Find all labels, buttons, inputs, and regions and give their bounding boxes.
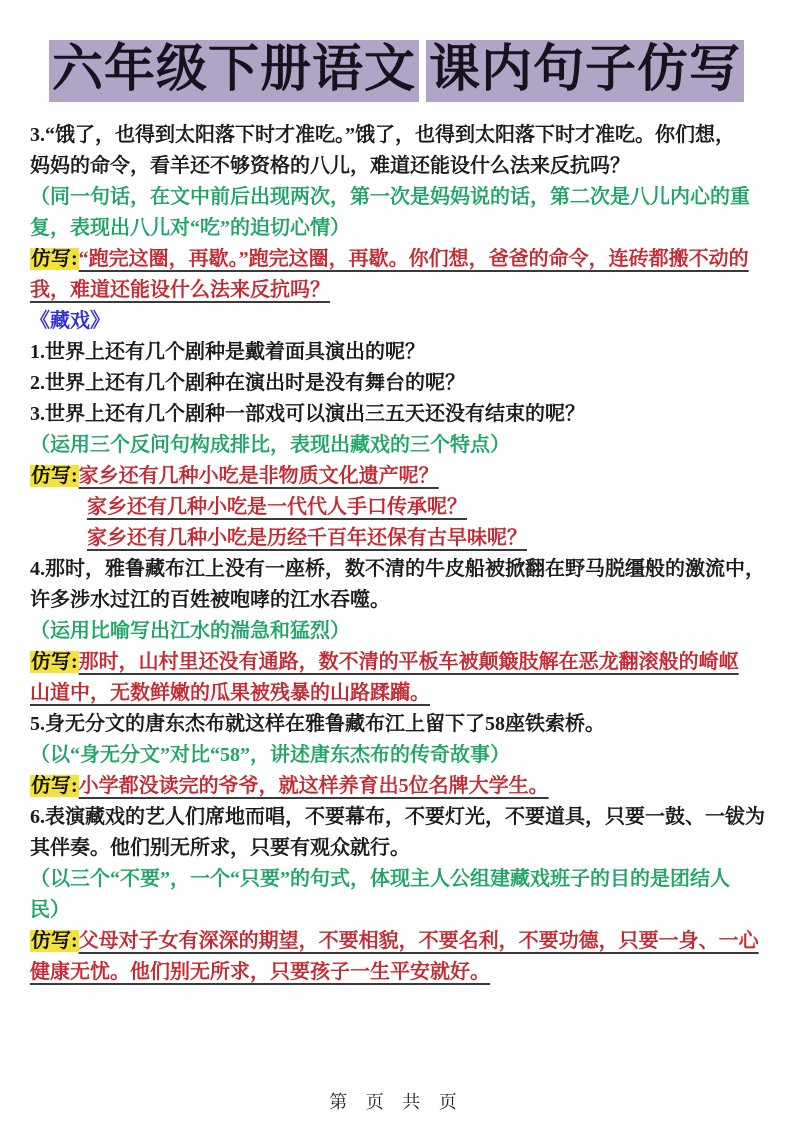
text-run: 家乡还有几种小吃是历经千百年还保有古早味呢？ xyxy=(87,527,527,549)
annotation-note-line: （以“身无分文”对比“58”，讲述唐东杰布的传奇故事） xyxy=(30,740,767,771)
text-run: 1.世界上还有几个剧种是戴着面具演出的呢？ xyxy=(30,341,425,363)
text-run: 那时，山村里还没有通路，数不清的平板车被颠簸肢解在恶龙翻滚般的崎岖 xyxy=(79,651,739,673)
imitation-answer-line: 仿写:家乡还有几种小吃是非物质文化遗产呢？ xyxy=(30,461,767,492)
source-sentence-line: 许多涉水过江的百姓被咆哮的江水吞噬。 xyxy=(30,585,767,616)
text-run: 小学都没读完的爷爷，就这样养育出5位名牌大学生。 xyxy=(79,775,549,797)
source-sentence-line: 1.世界上还有几个剧种是戴着面具演出的呢？ xyxy=(30,337,767,368)
text-run: 民） xyxy=(30,899,70,921)
text-run: （以“身无分文”对比“58”，讲述唐东杰布的传奇故事） xyxy=(30,744,510,766)
annotation-note-line: （运用三个反问句构成排比，表现出藏戏的三个特点） xyxy=(30,430,767,461)
text-run: 4.那时，雅鲁藏布江上没有一座桥，数不清的牛皮船被掀翻在野马脱缰般的激流中， xyxy=(30,558,765,580)
text-run: 健康无忧。他们别无所求，只要孩子一生平安就好。 xyxy=(30,961,490,983)
imitation-label: 仿写: xyxy=(30,248,79,270)
page-title-segment-2: 课内句子仿写 xyxy=(426,40,744,102)
source-sentence-line: 4.那时，雅鲁藏布江上没有一座桥，数不清的牛皮船被掀翻在野马脱缰般的激流中， xyxy=(30,554,767,585)
imitation-answer-line: 仿写:父母对子女有深深的期望，不要相貌，不要名利，不要功德，只要一身、一心 xyxy=(30,926,767,957)
text-run: 妈妈的命令，看羊还不够资格的八儿，难道还能设什么法来反抗吗？ xyxy=(30,155,630,177)
imitation-answer-line: 我，难道还能设什么法来反抗吗？ xyxy=(30,275,767,306)
worksheet-page: 六年级下册语文课内句子仿写 3.“饿了，也得到太阳落下时才准吃。”饿了，也得到太… xyxy=(0,0,793,1122)
text-run: 2.世界上还有几个剧种在演出时是没有舞台的呢？ xyxy=(30,372,465,394)
text-run: 复，表现出八儿对“吃”的迫切心情） xyxy=(30,217,350,239)
annotation-note-line: 复，表现出八儿对“吃”的迫切心情） xyxy=(30,213,767,244)
imitation-answer-line: 家乡还有几种小吃是历经千百年还保有古早味呢？ xyxy=(30,523,767,554)
imitation-label: 仿写: xyxy=(30,465,79,487)
source-sentence-line: 5.身无分文的唐东杰布就这样在雅鲁藏布江上留下了58座铁索桥。 xyxy=(30,709,767,740)
annotation-note-line: （运用比喻写出江水的湍急和猛烈） xyxy=(30,616,767,647)
text-run: 家乡还有几种小吃是一代代人手口传承呢？ xyxy=(87,496,467,518)
imitation-answer-line: 仿写:“跑完这圈，再歇。”跑完这圈，再歇。你们想，爸爸的命令，连砖都搬不动的 xyxy=(30,244,767,275)
text-run: 家乡还有几种小吃是非物质文化遗产呢？ xyxy=(79,465,439,487)
source-sentence-line: 6.表演藏戏的艺人们席地而唱，不要幕布，不要灯光，不要道具，只要一鼓、一钹为 xyxy=(30,802,767,833)
text-run: （运用三个反问句构成排比，表现出藏戏的三个特点） xyxy=(30,434,510,456)
text-run: （以三个“不要”，一个“只要”的句式，体现主人公组建藏戏班子的目的是团结人 xyxy=(30,868,730,890)
text-run: 父母对子女有深深的期望，不要相貌，不要名利，不要功德，只要一身、一心 xyxy=(79,930,759,952)
page-title-segment-1: 六年级下册语文 xyxy=(49,40,419,102)
text-run: 许多涉水过江的百姓被咆哮的江水吞噬。 xyxy=(30,589,390,611)
source-sentence-line: 其伴奏。他们别无所求，只要有观众就行。 xyxy=(30,833,767,864)
imitation-answer-line: 仿写:小学都没读完的爷爷，就这样养育出5位名牌大学生。 xyxy=(30,771,767,802)
annotation-note-line: （以三个“不要”，一个“只要”的句式，体现主人公组建藏戏班子的目的是团结人 xyxy=(30,864,767,895)
text-run: “跑完这圈，再歇。”跑完这圈，再歇。你们想，爸爸的命令，连砖都搬不动的 xyxy=(79,248,749,270)
imitation-answer-line: 家乡还有几种小吃是一代代人手口传承呢？ xyxy=(30,492,767,523)
text-run: 山道中，无数鲜嫩的瓜果被残暴的山路蹂躏。 xyxy=(30,682,430,704)
page-footer: 第 页 共 页 xyxy=(0,1088,793,1114)
text-run: 其伴奏。他们别无所求，只要有观众就行。 xyxy=(30,837,410,859)
imitation-label: 仿写: xyxy=(30,775,79,797)
document-body: 3.“饿了，也得到太阳落下时才准吃。”饿了，也得到太阳落下时才准吃。你们想，妈妈… xyxy=(30,120,767,988)
text-run: 3.世界上还有几个剧种一部戏可以演出三五天还没有结束的呢？ xyxy=(30,403,585,425)
text-run: 6.表演藏戏的艺人们席地而唱，不要幕布，不要灯光，不要道具，只要一鼓、一钹为 xyxy=(30,806,765,828)
imitation-label: 仿写: xyxy=(30,651,79,673)
text-run: 我，难道还能设什么法来反抗吗？ xyxy=(30,279,330,301)
annotation-note-line: （同一句话，在文中前后出现两次，第一次是妈妈说的话，第二次是八儿内心的重 xyxy=(30,182,767,213)
imitation-answer-line: 健康无忧。他们别无所求，只要孩子一生平安就好。 xyxy=(30,957,767,988)
source-sentence-line: 妈妈的命令，看羊还不够资格的八儿，难道还能设什么法来反抗吗？ xyxy=(30,151,767,182)
imitation-answer-line: 仿写:那时，山村里还没有通路，数不清的平板车被颠簸肢解在恶龙翻滚般的崎岖 xyxy=(30,647,767,678)
source-sentence-line: 3.世界上还有几个剧种一部戏可以演出三五天还没有结束的呢？ xyxy=(30,399,767,430)
footer-page-label: 第 页 共 页 xyxy=(329,1092,464,1112)
text-run: 3.“饿了，也得到太阳落下时才准吃。”饿了，也得到太阳落下时才准吃。你们想， xyxy=(30,124,735,146)
page-title: 六年级下册语文课内句子仿写 xyxy=(20,40,773,100)
text-run: （运用比喻写出江水的湍急和猛烈） xyxy=(30,620,350,642)
text-run: 《藏戏》 xyxy=(30,310,110,332)
text-run: （同一句话，在文中前后出现两次，第一次是妈妈说的话，第二次是八儿内心的重 xyxy=(30,186,750,208)
annotation-note-line: 民） xyxy=(30,895,767,926)
imitation-label: 仿写: xyxy=(30,930,79,952)
imitation-answer-line: 山道中，无数鲜嫩的瓜果被残暴的山路蹂躏。 xyxy=(30,678,767,709)
source-sentence-line: 2.世界上还有几个剧种在演出时是没有舞台的呢？ xyxy=(30,368,767,399)
source-sentence-line: 3.“饿了，也得到太阳落下时才准吃。”饿了，也得到太阳落下时才准吃。你们想， xyxy=(30,120,767,151)
lesson-title: 《藏戏》 xyxy=(30,306,767,337)
text-run: 5.身无分文的唐东杰布就这样在雅鲁藏布江上留下了58座铁索桥。 xyxy=(30,713,605,735)
